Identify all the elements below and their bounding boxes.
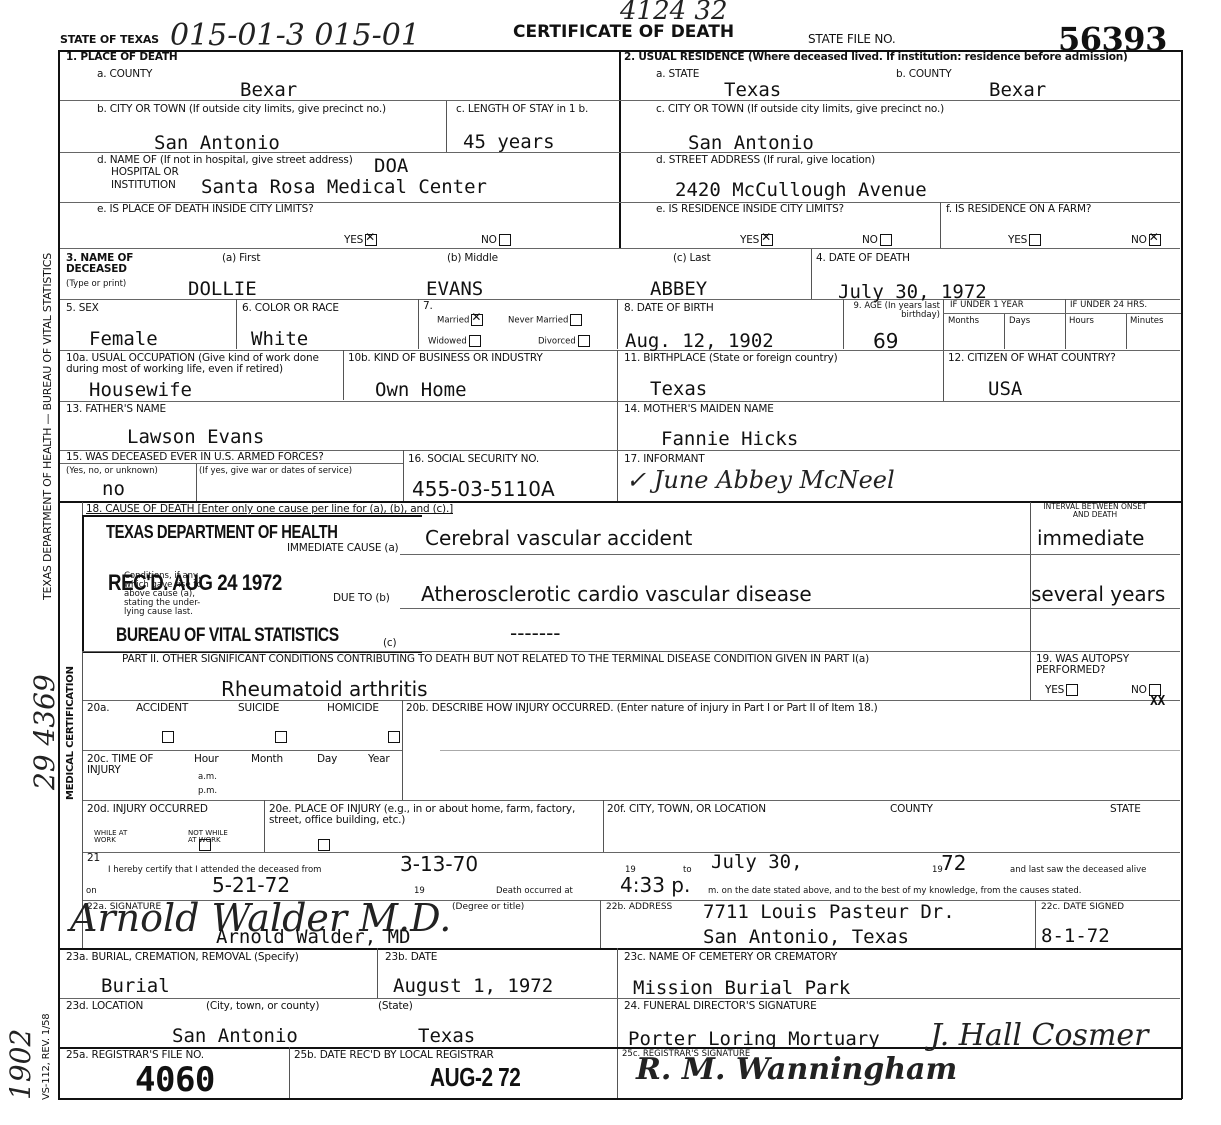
checkbox[interactable] xyxy=(1066,684,1078,696)
form-revision: VS-112, REV. 1/58 xyxy=(42,1014,53,1100)
death-time[interactable]: 4:33 p. xyxy=(620,875,690,895)
county-label: a. COUNTY xyxy=(97,69,152,80)
armed-sub2: (If yes, give war or dates of service) xyxy=(199,467,352,476)
due-to-b-interval[interactable]: several years xyxy=(1031,584,1165,604)
not-while-at-work-option[interactable]: NOT WHILE AT WORK xyxy=(188,830,238,845)
registrar-file-number[interactable]: 4060 xyxy=(135,1060,215,1100)
page-title: CERTIFICATE OF DEATH xyxy=(513,22,734,42)
race-label: 6. COLOR OR RACE xyxy=(242,303,339,314)
doa-note[interactable]: DOA xyxy=(374,157,408,176)
checkbox-checked[interactable] xyxy=(365,234,377,246)
attended-to-year[interactable]: 72 xyxy=(941,853,966,873)
age[interactable]: 69 xyxy=(873,331,898,351)
pm-label: p.m. xyxy=(198,787,217,796)
stamp-line-1: TEXAS DEPARTMENT OF HEALTH xyxy=(106,522,338,543)
injury-c-label: 20c. TIME OF INJURY xyxy=(87,754,167,776)
father-name[interactable]: Lawson Evans xyxy=(127,428,264,447)
cause-label: 18. CAUSE OF DEATH [Enter only one cause… xyxy=(86,504,453,515)
death-county[interactable]: Bexar xyxy=(240,81,297,100)
checkbox[interactable] xyxy=(570,314,582,326)
last-saw-text: and last saw the deceased alive xyxy=(1010,866,1146,875)
occupation[interactable]: Housewife xyxy=(89,381,192,400)
res-inside-no[interactable]: NO xyxy=(862,234,892,246)
date-signed[interactable]: 8-1-72 xyxy=(1041,927,1110,946)
res-state[interactable]: Texas xyxy=(724,81,781,100)
checkbox-checked[interactable] xyxy=(471,314,483,326)
res-county[interactable]: Bexar xyxy=(989,81,1046,100)
birthplace[interactable]: Texas xyxy=(650,380,707,399)
immediate-cause-label: IMMEDIATE CAUSE (a) xyxy=(287,543,398,554)
autopsy-mark: XX xyxy=(1150,694,1165,709)
length-of-stay[interactable]: 45 years xyxy=(463,133,555,152)
cemetery[interactable]: Mission Burial Park xyxy=(633,979,850,998)
day-label: Day xyxy=(317,754,337,765)
res-farm-no[interactable]: NO xyxy=(1131,234,1161,246)
res-state-label: a. STATE xyxy=(656,69,699,80)
injury-county-label: COUNTY xyxy=(890,804,933,815)
death-city[interactable]: San Antonio xyxy=(154,134,280,153)
burial-state[interactable]: Texas xyxy=(418,1027,475,1046)
medical-certification-label: MEDICAL CERTIFICATION xyxy=(66,666,77,800)
divorced-option[interactable]: Divorced xyxy=(538,335,590,347)
res-county-label: b. COUNTY xyxy=(896,69,952,80)
part2-label: PART II. OTHER SIGNIFICANT CONDITIONS CO… xyxy=(122,654,869,665)
middle-name[interactable]: EVANS xyxy=(426,280,483,299)
injury-a-label: 20a. xyxy=(87,703,109,714)
date-of-birth[interactable]: Aug. 12, 1902 xyxy=(625,332,774,351)
autopsy-yes[interactable]: YES xyxy=(1045,684,1078,696)
checkbox[interactable] xyxy=(578,335,590,347)
injury-d-label: 20d. INJURY OCCURRED xyxy=(87,804,208,815)
citizen[interactable]: USA xyxy=(988,380,1022,399)
death-inside-city-no[interactable]: NO xyxy=(481,234,511,246)
informant-signature[interactable]: ✓ June Abbey McNeel xyxy=(626,466,895,494)
death-inside-city-yes[interactable]: YES xyxy=(344,234,377,246)
hours-label: Hours xyxy=(1069,317,1094,326)
year-label: Year xyxy=(368,754,389,765)
dod-label: 4. DATE OF DEATH xyxy=(816,253,910,264)
birthplace-label: 11. BIRTHPLACE (State or foreign country… xyxy=(624,353,838,364)
res-street-label: d. STREET ADDRESS (If rural, give locati… xyxy=(656,155,875,166)
homicide-label: HOMICIDE xyxy=(327,703,379,714)
location-label: 23d. LOCATION xyxy=(66,1001,143,1012)
checkbox[interactable] xyxy=(499,234,511,246)
immediate-cause[interactable]: Cerebral vascular accident xyxy=(425,528,692,548)
res-farm-label: f. IS RESIDENCE ON A FARM? xyxy=(946,204,1091,215)
burial-location[interactable]: San Antonio xyxy=(172,1027,298,1046)
burial-date[interactable]: August 1, 1972 xyxy=(393,977,553,996)
injury-b-label: 20b. DESCRIBE HOW INJURY OCCURRED. (Ente… xyxy=(406,703,878,714)
hour-label: Hour xyxy=(194,754,219,765)
last-name[interactable]: ABBEY xyxy=(650,280,707,299)
city-label: b. CITY OR TOWN (If outside city limits,… xyxy=(97,104,386,115)
injury-state-label: STATE xyxy=(1110,804,1141,815)
dob-label: 8. DATE OF BIRTH xyxy=(624,303,714,314)
residence-label: 2. USUAL RESIDENCE (Where deceased lived… xyxy=(624,52,1128,63)
date-signed-label: 22c. DATE SIGNED xyxy=(1041,903,1124,912)
due-to-c[interactable]: ------- xyxy=(510,623,561,643)
autopsy-label: 19. WAS AUTOPSY PERFORMED? xyxy=(1036,654,1176,676)
state-file-label: STATE FILE NO. xyxy=(808,33,896,46)
days-label: Days xyxy=(1009,317,1030,326)
checkbox[interactable] xyxy=(469,335,481,347)
physician-address-1[interactable]: 7711 Louis Pasteur Dr. xyxy=(703,903,955,922)
death-occurred-label: Death occurred at xyxy=(496,887,573,896)
under-24-label: IF UNDER 24 HRS. xyxy=(1070,301,1147,310)
father-label: 13. FATHER'S NAME xyxy=(66,404,166,415)
hospital-label-3: INSTITUTION xyxy=(111,180,176,191)
armed-sub1: (Yes, no, or unknown) xyxy=(66,467,158,476)
part2-condition[interactable]: Rheumatoid arthritis xyxy=(221,679,428,699)
citizen-label: 12. CITIZEN OF WHAT COUNTRY? xyxy=(948,353,1116,364)
business-label: 10b. KIND OF BUSINESS OR INDUSTRY xyxy=(348,353,543,364)
suicide-label: SUICIDE xyxy=(238,703,279,714)
res-inside-city-label: e. IS RESIDENCE INSIDE CITY LIMITS? xyxy=(656,204,844,215)
age-label: 9. AGE (In years last birthday) xyxy=(848,302,940,320)
sex[interactable]: Female xyxy=(89,330,158,349)
death-time-suffix: m. on the date stated above, and to the … xyxy=(708,887,1081,896)
race[interactable]: White xyxy=(251,330,308,349)
am-label: a.m. xyxy=(198,773,217,782)
accident-checkbox[interactable] xyxy=(162,731,174,743)
registrar-date[interactable]: AUG-2 72 xyxy=(430,1062,520,1093)
state-label: STATE OF TEXAS xyxy=(60,34,159,46)
immediate-interval[interactable]: immediate xyxy=(1037,528,1144,548)
hospital-label-2: HOSPITAL OR xyxy=(111,167,179,178)
margin-handwriting-2: 1902 xyxy=(4,1029,37,1100)
ssn[interactable]: 455-03-5110A xyxy=(412,479,555,499)
res-city[interactable]: San Antonio xyxy=(688,134,814,153)
hospital-name[interactable]: Santa Rosa Medical Center xyxy=(201,178,487,197)
burial-label: 23a. BURIAL, CREMATION, REMOVAL (Specify… xyxy=(66,952,299,963)
burial-type[interactable]: Burial xyxy=(101,977,170,996)
address-label: 22b. ADDRESS xyxy=(606,903,672,912)
name-label: 3. NAME OF DECEASED xyxy=(66,253,136,275)
first-label: (a) First xyxy=(222,253,260,264)
suicide-checkbox[interactable] xyxy=(275,731,287,743)
business[interactable]: Own Home xyxy=(375,381,467,400)
res-street[interactable]: 2420 McCullough Avenue xyxy=(675,181,927,200)
injury-f-label: 20f. CITY, TOWN, OR LOCATION xyxy=(607,804,766,815)
physician-address-2[interactable]: San Antonio, Texas xyxy=(703,928,909,947)
checkbox[interactable] xyxy=(1029,234,1041,246)
nineteen-3: 19 xyxy=(414,887,425,896)
c-label: (c) xyxy=(383,638,396,649)
checkbox[interactable] xyxy=(880,234,892,246)
funeral-label: 24. FUNERAL DIRECTOR'S SIGNATURE xyxy=(624,1001,817,1012)
checkbox-checked[interactable] xyxy=(1149,234,1161,246)
stay-label: c. LENGTH OF STAY in 1 b. xyxy=(456,104,596,115)
due-to-b-label: DUE TO (b) xyxy=(333,593,390,604)
first-name[interactable]: DOLLIE xyxy=(188,280,257,299)
mother-label: 14. MOTHER'S MAIDEN NAME xyxy=(624,404,774,415)
funeral-home[interactable]: Porter Loring Mortuary xyxy=(628,1030,880,1049)
attended-to[interactable]: July 30, xyxy=(711,853,803,872)
injury-e-label: 20e. PLACE OF INJURY (e.g., in or about … xyxy=(269,804,599,826)
month-label: Month xyxy=(251,754,283,765)
homicide-checkbox[interactable] xyxy=(388,731,400,743)
widowed-option[interactable]: Widowed xyxy=(428,335,481,347)
marital-label: 7. xyxy=(423,301,433,312)
hospital-label: d. NAME OF (If not in hospital, give str… xyxy=(97,155,353,166)
middle-label: (b) Middle xyxy=(447,253,498,264)
armed-forces[interactable]: no xyxy=(102,480,125,499)
department-side-label: TEXAS DEPARTMENT OF HEALTH — BUREAU OF V… xyxy=(42,253,54,600)
state-sub: (State) xyxy=(378,1001,413,1012)
burial-date-label: 23b. DATE xyxy=(385,952,437,963)
funeral-director-signature[interactable]: J. Hall Cosmer xyxy=(930,1018,1149,1053)
attended-from[interactable]: 3-13-70 xyxy=(400,854,478,874)
res-inside-yes[interactable]: YES xyxy=(740,234,773,246)
cert-num: 21 xyxy=(87,853,100,864)
location-sub: (City, town, or county) xyxy=(206,1001,319,1012)
registrar-date-label: 25b. DATE REC'D BY LOCAL REGISTRAR xyxy=(294,1050,494,1061)
while-at-work-option[interactable]: WHILE AT WORK xyxy=(94,830,144,845)
informant-label: 17. INFORMANT xyxy=(624,454,705,465)
physician-typed-name[interactable]: Arnold Walder, MD xyxy=(216,928,410,947)
married-option[interactable]: Married xyxy=(437,314,483,326)
handwritten-codes: 015-01-3 015-01 xyxy=(170,18,420,53)
occupation-label: 10a. USUAL OCCUPATION (Give kind of work… xyxy=(66,353,346,375)
place-of-death-label: 1. PLACE OF DEATH xyxy=(66,52,178,63)
months-label: Months xyxy=(948,317,979,326)
cemetery-label: 23c. NAME OF CEMETERY OR CREMATORY xyxy=(624,952,837,963)
margin-handwriting-1: 29 4369 xyxy=(28,674,61,790)
last-saw-date[interactable]: 5-21-72 xyxy=(212,875,290,895)
stamp-line-2: REC'D. AUG 24 1972 xyxy=(108,570,282,596)
under-year-label: IF UNDER 1 YEAR xyxy=(950,301,1024,310)
degree-label: (Degree or title) xyxy=(452,903,524,912)
sex-label: 5. SEX xyxy=(66,303,99,314)
last-label: (c) Last xyxy=(673,253,711,264)
registrar-signature[interactable]: R. M. Wanningham xyxy=(636,1052,957,1087)
not-while-at-work-checkbox[interactable] xyxy=(318,839,330,851)
inside-city-label: e. IS PLACE OF DEATH INSIDE CITY LIMITS? xyxy=(97,204,313,215)
on-label: on xyxy=(86,887,97,896)
accident-label: ACCIDENT xyxy=(136,703,188,714)
stamp-line-3: BUREAU OF VITAL STATISTICS xyxy=(116,625,339,647)
res-city-label: c. CITY OR TOWN (If outside city limits,… xyxy=(656,104,944,115)
name-sub: (Type or print) xyxy=(66,280,126,289)
due-to-b[interactable]: Atherosclerotic cardio vascular disease xyxy=(421,584,812,604)
res-farm-yes[interactable]: YES xyxy=(1008,234,1041,246)
armed-forces-label: 15. WAS DECEASED EVER IN U.S. ARMED FORC… xyxy=(66,452,324,463)
ssn-label: 16. SOCIAL SECURITY NO. xyxy=(408,454,539,465)
interval-label: INTERVAL BETWEEN ONSET AND DEATH xyxy=(1040,503,1150,519)
never-married-option[interactable]: Never Married xyxy=(508,314,582,326)
mother-name[interactable]: Fannie Hicks xyxy=(661,430,798,449)
minutes-label: Minutes xyxy=(1130,317,1163,326)
checkbox-checked[interactable] xyxy=(761,234,773,246)
